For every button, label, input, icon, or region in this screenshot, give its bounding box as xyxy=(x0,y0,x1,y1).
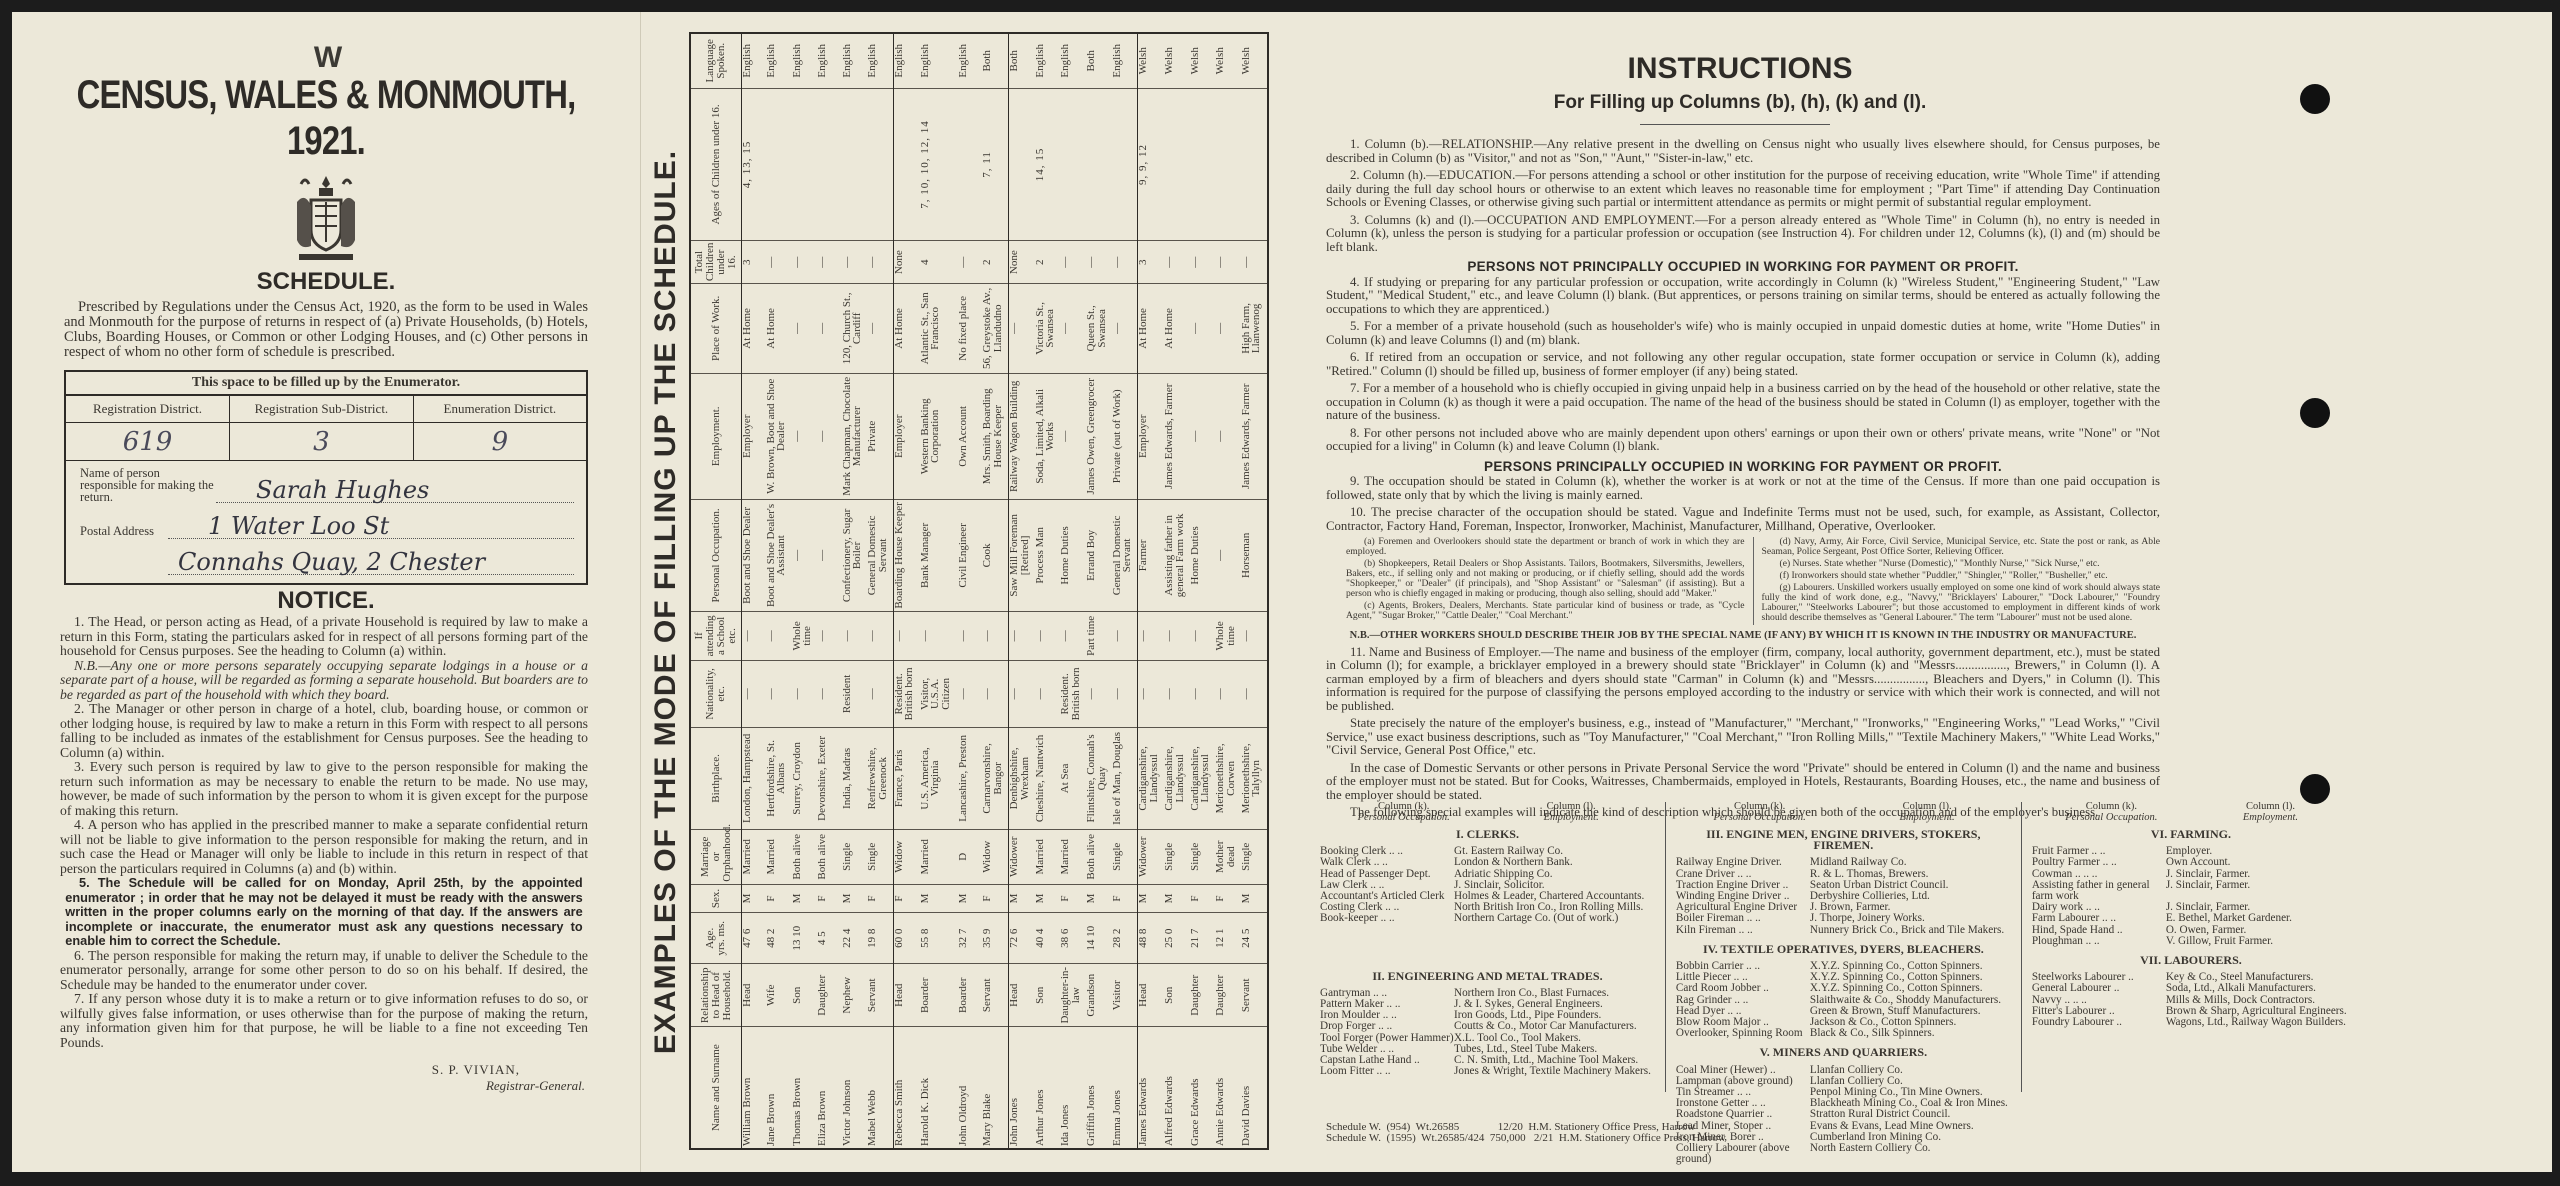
cell-children: 4 xyxy=(920,241,958,284)
cell-children: — xyxy=(1164,241,1190,284)
cell-child_ages xyxy=(1009,88,1035,241)
col-relationship: Relationship to Head of Household. xyxy=(690,964,742,1027)
cell-lang: Both xyxy=(1086,33,1112,88)
punch-hole-icon xyxy=(2300,84,2330,114)
cell-school: — xyxy=(1241,611,1268,660)
cell-occ: Boot and Shoe Dealer xyxy=(742,499,766,611)
instructions-body: 1. Column (b).—RELATIONSHIP.—Any relativ… xyxy=(1326,138,2160,824)
cell-rel: Head xyxy=(1138,964,1164,1027)
cell-rel: Boarder xyxy=(920,964,958,1027)
cell-rel: Wife xyxy=(766,964,792,1027)
cell-sex: F xyxy=(893,884,919,913)
cell-nat: — xyxy=(1215,660,1241,727)
cell-age: 48 8 xyxy=(1138,913,1164,964)
cell-children: None xyxy=(1009,241,1035,284)
cell-age: 12 1 xyxy=(1215,913,1241,964)
cell-rel: Daughter xyxy=(817,964,841,1027)
nb-line: N.B.—OTHER WORKERS SHOULD DESCRIBE THEIR… xyxy=(1326,629,2160,643)
employer: North Eastern Colliery Co. xyxy=(1810,1143,2011,1165)
cell-sex: M xyxy=(742,884,766,913)
cell-school: — xyxy=(766,611,792,660)
cell-nat: — xyxy=(1241,660,1268,727)
cell-occ: Process Man xyxy=(1035,499,1061,611)
cell-emp: Railway Wagon Building xyxy=(1009,373,1035,499)
cell-birth: India, Madras xyxy=(842,727,868,829)
occupation: Foundry Labourer .. xyxy=(2032,1017,2166,1028)
royal-coat-of-arms-icon xyxy=(291,172,361,264)
cell-mar: Single xyxy=(867,829,893,884)
cell-age: 48 2 xyxy=(766,913,792,964)
cell-birth: Carnarvonshire, Bangor xyxy=(982,727,1008,829)
employer: V. Gillow, Fruit Farmer. xyxy=(2166,936,2350,947)
cell-sex: M xyxy=(792,884,818,913)
table-row: Alfred EdwardsSon25 0MSingleCardiganshir… xyxy=(1164,33,1190,1149)
cell-nat: — xyxy=(1112,660,1138,727)
cell-child_ages xyxy=(1241,88,1268,241)
occupation: Kiln Fireman .. .. xyxy=(1676,925,1810,936)
col-children-ages: Ages of Children under 16. xyxy=(690,88,742,241)
cell-nat: — xyxy=(958,660,982,727)
cell-child_ages xyxy=(1112,88,1138,241)
cell-children: — xyxy=(842,241,868,284)
cell-emp: — xyxy=(1190,373,1216,499)
cell-sex: F xyxy=(982,884,1008,913)
cell-place: Victoria St., Swansea xyxy=(1035,284,1061,374)
occupation: Roadstone Quarrier .. xyxy=(1676,1109,1810,1120)
enumeration-district-value: 9 xyxy=(414,423,586,461)
notice-list: 1. The Head, or person acting as Head, o… xyxy=(60,615,588,1050)
cell-birth: Merionethshire, Talyllyn xyxy=(1241,727,1268,829)
cell-sex: F xyxy=(817,884,841,913)
enumerator-box-heading: This space to be filled up by the Enumer… xyxy=(66,372,586,396)
category-heading: IV. TEXTILE OPERATIVES, DYERS, BLEACHERS… xyxy=(1676,944,2011,955)
cell-place: — xyxy=(1190,284,1216,374)
cell-child_ages: 7, 10, 10, 12, 14 xyxy=(920,88,958,241)
registration-sub-district-label: Registration Sub-District. xyxy=(230,396,414,422)
cell-place: No fixed place xyxy=(958,284,982,374)
subnote: (a) Foremen and Overlookers should state… xyxy=(1346,537,1745,557)
table-row: Mary BlakeServant35 9FWidowCarnarvonshir… xyxy=(982,33,1008,1149)
cell-occ: Civil Engineer xyxy=(958,499,982,611)
cell-rel: Daughter xyxy=(1190,964,1216,1027)
col-birthplace: Birthplace. xyxy=(690,727,742,829)
cell-place: — xyxy=(1215,284,1241,374)
punch-hole-icon xyxy=(2300,774,2330,804)
cell-child_ages xyxy=(792,88,818,241)
employer: London & Northern Bank. xyxy=(1454,857,1655,868)
cell-emp: Employer xyxy=(1138,373,1164,499)
cell-mar: Single xyxy=(1190,829,1216,884)
cell-nat: — xyxy=(1086,660,1112,727)
table-row: Rebecca SmithHead60 0FWidowFrance, Paris… xyxy=(893,33,919,1149)
table-row: Arthur JonesSon40 4MMarriedCheshire, Nan… xyxy=(1035,33,1061,1149)
cell-rel: Grandson xyxy=(1086,964,1112,1027)
cell-school: — xyxy=(1009,611,1035,660)
cell-child_ages xyxy=(867,88,893,241)
cell-lang: English xyxy=(1035,33,1061,88)
cell-child_ages: 14, 15 xyxy=(1035,88,1061,241)
registration-district-label: Registration District. xyxy=(66,396,230,422)
col-age: Age.yrs. ms. xyxy=(690,913,742,964)
instruction-item: 10. The precise character of the occupat… xyxy=(1326,506,2160,533)
cell-birth: Lancashire, Preston xyxy=(958,727,982,829)
cell-sex: F xyxy=(1190,884,1216,913)
cell-name: Ida Jones xyxy=(1060,1027,1086,1149)
postal-address-line2: Connahs Quay, 2 Chester xyxy=(178,548,485,576)
list-item: Ploughman .. ..V. Gillow, Fruit Farmer. xyxy=(2032,936,2350,947)
cell-sex: F xyxy=(1060,884,1086,913)
cell-occ: — xyxy=(817,499,841,611)
cell-age: 24 5 xyxy=(1241,913,1268,964)
signature-title: Registrar-General. xyxy=(12,1078,585,1094)
table-row: David DaviesServant24 5MSingleMerioneths… xyxy=(1241,33,1268,1149)
cell-occ: Horseman xyxy=(1241,499,1268,611)
examples-page: EXAMPLES OF THE MODE OF FILLING UP THE S… xyxy=(640,12,1290,1172)
col-name: Name and Surname xyxy=(690,1027,742,1149)
table-row: Ida JonesDaughter-in-law38 6FMarriedAt S… xyxy=(1060,33,1086,1149)
cell-rel: Son xyxy=(1164,964,1190,1027)
cell-name: Alfred Edwards xyxy=(1164,1027,1190,1149)
cell-birth: France, Paris xyxy=(893,727,919,829)
table-row: John OldroydBoarder32 7MDLancashire, Pre… xyxy=(958,33,982,1149)
cell-rel: Head xyxy=(893,964,919,1027)
cell-child_ages: 4, 13, 15 xyxy=(742,88,766,241)
employer: Black & Co., Silk Spinners. xyxy=(1810,1028,2011,1039)
cell-place: At Home xyxy=(742,284,766,374)
table-row: James EdwardsHead48 8MWidowerCardiganshi… xyxy=(1138,33,1164,1149)
occupation: Boiler Fireman .. .. xyxy=(1676,913,1810,924)
cell-nat: — xyxy=(1035,660,1061,727)
cell-sex: M xyxy=(1241,884,1268,913)
cell-rel: Daughter-in-law xyxy=(1060,964,1086,1027)
cell-lang: English xyxy=(817,33,841,88)
cell-sex: M xyxy=(958,884,982,913)
registration-sub-district-value: 3 xyxy=(230,423,414,461)
cell-nat: Visitor, U.S.A. Citizen xyxy=(920,660,958,727)
cell-age: 35 9 xyxy=(982,913,1008,964)
notice-item: 2. The Manager or other person in charge… xyxy=(60,702,588,760)
example-column: Column (k).Personal Occupation.Column (l… xyxy=(2032,802,2350,1165)
instructions-title: INSTRUCTIONS xyxy=(1290,52,2190,86)
cell-rel: Boarder xyxy=(958,964,982,1027)
cell-lang: English xyxy=(920,33,958,88)
cell-nat: — xyxy=(867,660,893,727)
cell-place: — xyxy=(1009,284,1035,374)
cell-birth: Devonshire, Exeter xyxy=(817,727,841,829)
cell-lang: Both xyxy=(982,33,1008,88)
category-heading: I. CLERKS. xyxy=(1320,829,1655,840)
cell-occ: Bank Manager xyxy=(920,499,958,611)
responsible-person-label: Name of person responsible for making th… xyxy=(80,467,216,503)
cell-school: — xyxy=(817,611,841,660)
cell-nat: Resident. British born xyxy=(1060,660,1086,727)
cell-name: Emma Jones xyxy=(1112,1027,1138,1149)
cell-lang: English xyxy=(1060,33,1086,88)
instruction-item: In the case of Domestic Servants or othe… xyxy=(1326,762,2160,803)
table-row: Victor JohnsonNephew22 4MSingleIndia, Ma… xyxy=(842,33,868,1149)
cell-lang: Welsh xyxy=(1241,33,1268,88)
cell-nat: — xyxy=(742,660,766,727)
cell-mar: Married xyxy=(920,829,958,884)
divider xyxy=(1640,124,1830,125)
cell-child_ages xyxy=(842,88,868,241)
table-row: Harold K. DickBoarder55 8MMarriedU.S. Am… xyxy=(920,33,958,1149)
cell-occ: Home Duties xyxy=(1060,499,1086,611)
cell-nat: — xyxy=(1164,660,1190,727)
cell-lang: Welsh xyxy=(1215,33,1241,88)
col-marriage: Marriage or Orphanhood. xyxy=(690,829,742,884)
cell-mar: Both alive xyxy=(792,829,818,884)
wales-w-emblem: W xyxy=(12,44,640,72)
cell-nat: — xyxy=(792,660,818,727)
cell-emp: Employer xyxy=(742,373,766,499)
cell-name: Victor Johnson xyxy=(842,1027,868,1149)
cell-age: 21 7 xyxy=(1190,913,1216,964)
cell-emp: James Edwards, Farmer xyxy=(1164,373,1190,499)
table-row: Griffith JonesGrandson14 10MBoth aliveFl… xyxy=(1086,33,1112,1149)
schedule-heading: SCHEDULE. xyxy=(12,268,640,296)
instructions-page: INSTRUCTIONS For Filling up Columns (b),… xyxy=(1290,12,2552,1172)
col-nationality: Nationality, etc. xyxy=(690,660,742,727)
list-item: General Labourer ..Soda, Ltd., Alkali Ma… xyxy=(2032,983,2350,994)
col-sex: Sex. xyxy=(690,884,742,913)
cell-mar: Mother dead xyxy=(1215,829,1241,884)
occupation-examples: Column (k).Personal Occupation.Column (l… xyxy=(1320,802,2350,1165)
cell-occ: — xyxy=(792,499,818,611)
cell-age: 28 2 xyxy=(1112,913,1138,964)
list-item: Walk Clerk .. ..London & Northern Bank. xyxy=(1320,857,1655,868)
col-occupation: Personal Occupation. xyxy=(690,499,742,611)
col-total-children: Total Children under 16. xyxy=(690,241,742,284)
cell-place: — xyxy=(1060,284,1086,374)
cell-school: — xyxy=(867,611,893,660)
cell-occ: Confectionery, Sugar Boiler xyxy=(842,499,868,611)
cell-lang: English xyxy=(867,33,893,88)
cell-occ: General Domestic Servant xyxy=(867,499,893,611)
cell-age: 47 6 xyxy=(742,913,766,964)
enumerator-box: This space to be filled up by the Enumer… xyxy=(64,370,588,585)
cell-mar: Widow xyxy=(893,829,919,884)
cell-birth: Cardiganshire, Llandyssul xyxy=(1138,727,1164,829)
cell-nat: Resident xyxy=(842,660,868,727)
cell-place: — xyxy=(792,284,818,374)
instruction-item: 11. Name and Business of Employer.—The n… xyxy=(1326,646,2160,714)
cell-rel: Servant xyxy=(1241,964,1268,1027)
cell-emp: — xyxy=(1060,373,1086,499)
cell-occ: Boarding House Keeper xyxy=(893,499,919,611)
category-heading: V. MINERS AND QUARRIERS. xyxy=(1676,1047,2011,1058)
cell-school: — xyxy=(742,611,766,660)
cell-name: Mary Blake xyxy=(982,1027,1008,1149)
instruction-item: 6. If retired from an occupation or serv… xyxy=(1326,351,2160,378)
cell-children: — xyxy=(792,241,818,284)
occupation-subnotes: (a) Foremen and Overlookers should state… xyxy=(1346,537,2160,625)
cell-children: — xyxy=(1086,241,1112,284)
cell-sex: F xyxy=(766,884,792,913)
cell-nat: — xyxy=(1138,660,1164,727)
cell-child_ages xyxy=(1086,88,1112,241)
cell-sex: M xyxy=(1009,884,1035,913)
cell-children: — xyxy=(817,241,841,284)
example-column: Column (k).Personal Occupation.Column (l… xyxy=(1676,802,2011,1165)
list-item: Farm Labourer .. ..E. Bethel, Market Gar… xyxy=(2032,913,2350,924)
cell-nat: — xyxy=(817,660,841,727)
list-item: Colliery Labourer (above ground)North Ea… xyxy=(1676,1143,2011,1165)
occupation: Farm Labourer .. .. xyxy=(2032,913,2166,924)
cell-name: Mabel Webb xyxy=(867,1027,893,1149)
cell-lang: English xyxy=(766,33,792,88)
cell-sex: F xyxy=(1215,884,1241,913)
cell-children: 2 xyxy=(982,241,1008,284)
cell-nat: Resident. British born xyxy=(893,660,919,727)
cell-emp: Soda, Limited, Alkali Works xyxy=(1035,373,1061,499)
notice-item: 6. The person responsible for making the… xyxy=(60,949,588,993)
example-column: Column (k).Personal Occupation.Column (l… xyxy=(1320,802,1655,1165)
instruction-item: 4. If studying or preparing for any part… xyxy=(1326,276,2160,317)
occupation: Drop Forger .. .. xyxy=(1320,1021,1454,1032)
enumeration-district-label: Enumeration District. xyxy=(414,396,586,422)
occupation: Railway Engine Driver. xyxy=(1676,857,1810,868)
cell-birth: Cheshire, Nantwich xyxy=(1035,727,1061,829)
cell-place: Atlantic St., San Francisco xyxy=(920,284,958,374)
registration-district-value: 619 xyxy=(66,423,230,461)
notice-item: 7. If any person whose duty it is to mak… xyxy=(60,992,588,1050)
category-heading: VI. FARMING. xyxy=(2032,829,2350,840)
list-item: Drop Forger .. ..Coutts & Co., Motor Car… xyxy=(1320,1021,1655,1032)
cell-children: — xyxy=(1241,241,1268,284)
instruction-item: 5. For a member of a private household (… xyxy=(1326,320,2160,347)
cell-school: — xyxy=(1138,611,1164,660)
cell-age: 19 8 xyxy=(867,913,893,964)
cell-school: — xyxy=(920,611,958,660)
cell-birth: London, Hampstead xyxy=(742,727,766,829)
prescribed-text: Prescribed by Regulations under the Cens… xyxy=(64,300,588,360)
subnote: (g) Labourers. Unskilled workers usually… xyxy=(1762,583,2161,623)
cell-children: — xyxy=(1190,241,1216,284)
instruction-item: 1. Column (b).—RELATIONSHIP.—Any relativ… xyxy=(1326,138,2160,165)
list-item: Roadstone Quarrier ..Stratton Rural Dist… xyxy=(1676,1109,2011,1120)
col-employment: Employment. xyxy=(690,373,742,499)
occupation: Loom Fitter .. .. xyxy=(1320,1066,1454,1077)
schedule-cover-page: W CENSUS, WALES & MONMOUTH, 1921. SCHEDU… xyxy=(12,12,640,1172)
occupation: Assisting father in general farm work xyxy=(2032,880,2166,902)
cell-mar: D xyxy=(958,829,982,884)
col-school: If attending a School etc. xyxy=(690,611,742,660)
cell-name: John Oldroyd xyxy=(958,1027,982,1149)
employer: Wagons, Ltd., Railway Wagon Builders. xyxy=(2166,1017,2350,1028)
cell-children: 3 xyxy=(742,241,766,284)
cell-birth: Merionethshire, Corwen xyxy=(1215,727,1241,829)
list-item: Poultry Farmer .. ..Own Account. xyxy=(2032,857,2350,868)
cell-name: David Davies xyxy=(1241,1027,1268,1149)
table-row: Grace EdwardsDaughter21 7FSingleCardigan… xyxy=(1190,33,1216,1149)
cell-child_ages xyxy=(893,88,919,241)
employer: Own Account. xyxy=(2166,857,2350,868)
table-row: Mabel WebbServant19 8FSingleRenfrewshire… xyxy=(867,33,893,1149)
list-item: Boiler Fireman .. ..J. Thorpe, Joinery W… xyxy=(1676,913,2011,924)
cell-name: Arthur Jones xyxy=(1035,1027,1061,1149)
cell-birth: At Sea xyxy=(1060,727,1086,829)
cell-sex: M xyxy=(1086,884,1112,913)
instruction-item: 7. For a member of a household who is ch… xyxy=(1326,382,2160,423)
cell-school: — xyxy=(1060,611,1086,660)
cell-age: 25 0 xyxy=(1164,913,1190,964)
postal-address-line1: 1 Water Loo St xyxy=(208,512,389,540)
employer: J. Thorpe, Joinery Works. xyxy=(1810,913,2011,924)
list-item: Loom Fitter .. ..Jones & Wright, Textile… xyxy=(1320,1066,1655,1077)
cell-children: — xyxy=(867,241,893,284)
cell-sex: F xyxy=(1112,884,1138,913)
cell-school: — xyxy=(893,611,919,660)
employer: Midland Railway Co. xyxy=(1810,857,2011,868)
cell-mar: Married xyxy=(766,829,792,884)
cell-school: — xyxy=(982,611,1008,660)
cell-place: At Home xyxy=(893,284,919,374)
cell-place: — xyxy=(817,284,841,374)
cell-birth: Cardiganshire, Llandyssul xyxy=(1164,727,1190,829)
cell-mar: Widower xyxy=(1138,829,1164,884)
examples-table: Name and Surname Relationship to Head of… xyxy=(689,32,1269,1150)
cell-mar: Married xyxy=(1060,829,1086,884)
cell-rel: Daughter xyxy=(1215,964,1241,1027)
cell-lang: English xyxy=(742,33,766,88)
col-language: Language Spoken. xyxy=(690,33,742,88)
occupation: Overlooker, Spinning Room xyxy=(1676,1028,1810,1039)
cell-rel: Servant xyxy=(982,964,1008,1027)
cell-child_ages xyxy=(1215,88,1241,241)
cell-emp: Western Banking Corporation xyxy=(920,373,958,499)
subnote: (f) Ironworkers should state whether "Pu… xyxy=(1762,571,2161,581)
employer: Stratton Rural District Council. xyxy=(1810,1109,2011,1120)
cell-school: — xyxy=(1112,611,1138,660)
cell-lang: English xyxy=(893,33,919,88)
cell-mar: Widower xyxy=(1009,829,1035,884)
divider xyxy=(1665,802,1666,1092)
employer: Soda, Ltd., Alkali Manufacturers. xyxy=(2166,983,2350,994)
cell-lang: Welsh xyxy=(1164,33,1190,88)
cell-mar: Both alive xyxy=(817,829,841,884)
table-row: John JonesHead72 6MWidowerDenbighshire, … xyxy=(1009,33,1035,1149)
subnote: (b) Shopkeepers, Retail Dealers or Shop … xyxy=(1346,559,1745,599)
cell-place: 120, Church St., Cardiff xyxy=(842,284,868,374)
responsible-person-value: Sarah Hughes xyxy=(256,476,429,504)
cell-birth: Renfrewshire, Greenock xyxy=(867,727,893,829)
cell-rel: Visitor xyxy=(1112,964,1138,1027)
census-title: CENSUS, WALES & MONMOUTH, 1921. xyxy=(69,72,584,164)
section-heading-not-occupied: PERSONS NOT PRINCIPALLY OCCUPIED IN WORK… xyxy=(1326,260,2160,274)
cell-child_ages: 9, 9, 12 xyxy=(1138,88,1164,241)
cell-emp: Mrs. Smith, Boarding House Keeper xyxy=(982,373,1008,499)
cell-place: High Farm, Llanwenog xyxy=(1241,284,1268,374)
cell-emp: Employer xyxy=(893,373,919,499)
cell-school: Part time xyxy=(1086,611,1112,660)
signature-name: S. P. VIVIAN, xyxy=(12,1062,520,1078)
subnote: (d) Navy, Army, Air Force, Civil Service… xyxy=(1762,537,2161,557)
cell-age: 22 4 xyxy=(842,913,868,964)
cell-occ: Home Duties xyxy=(1190,499,1216,611)
subnote: (c) Agents, Brokers, Dealers, Merchants.… xyxy=(1346,601,1745,621)
cell-rel: Head xyxy=(742,964,766,1027)
cell-occ: — xyxy=(1215,499,1241,611)
notice-item: 3. Every such person is required by law … xyxy=(60,760,588,818)
cell-place: At Home xyxy=(1138,284,1164,374)
cell-school: Whole time xyxy=(792,611,818,660)
cell-school: — xyxy=(1035,611,1061,660)
cell-age: 14 10 xyxy=(1086,913,1112,964)
cell-age: 4 5 xyxy=(817,913,841,964)
cell-occ: Cook xyxy=(982,499,1008,611)
cell-name: Annie Edwards xyxy=(1215,1027,1241,1149)
